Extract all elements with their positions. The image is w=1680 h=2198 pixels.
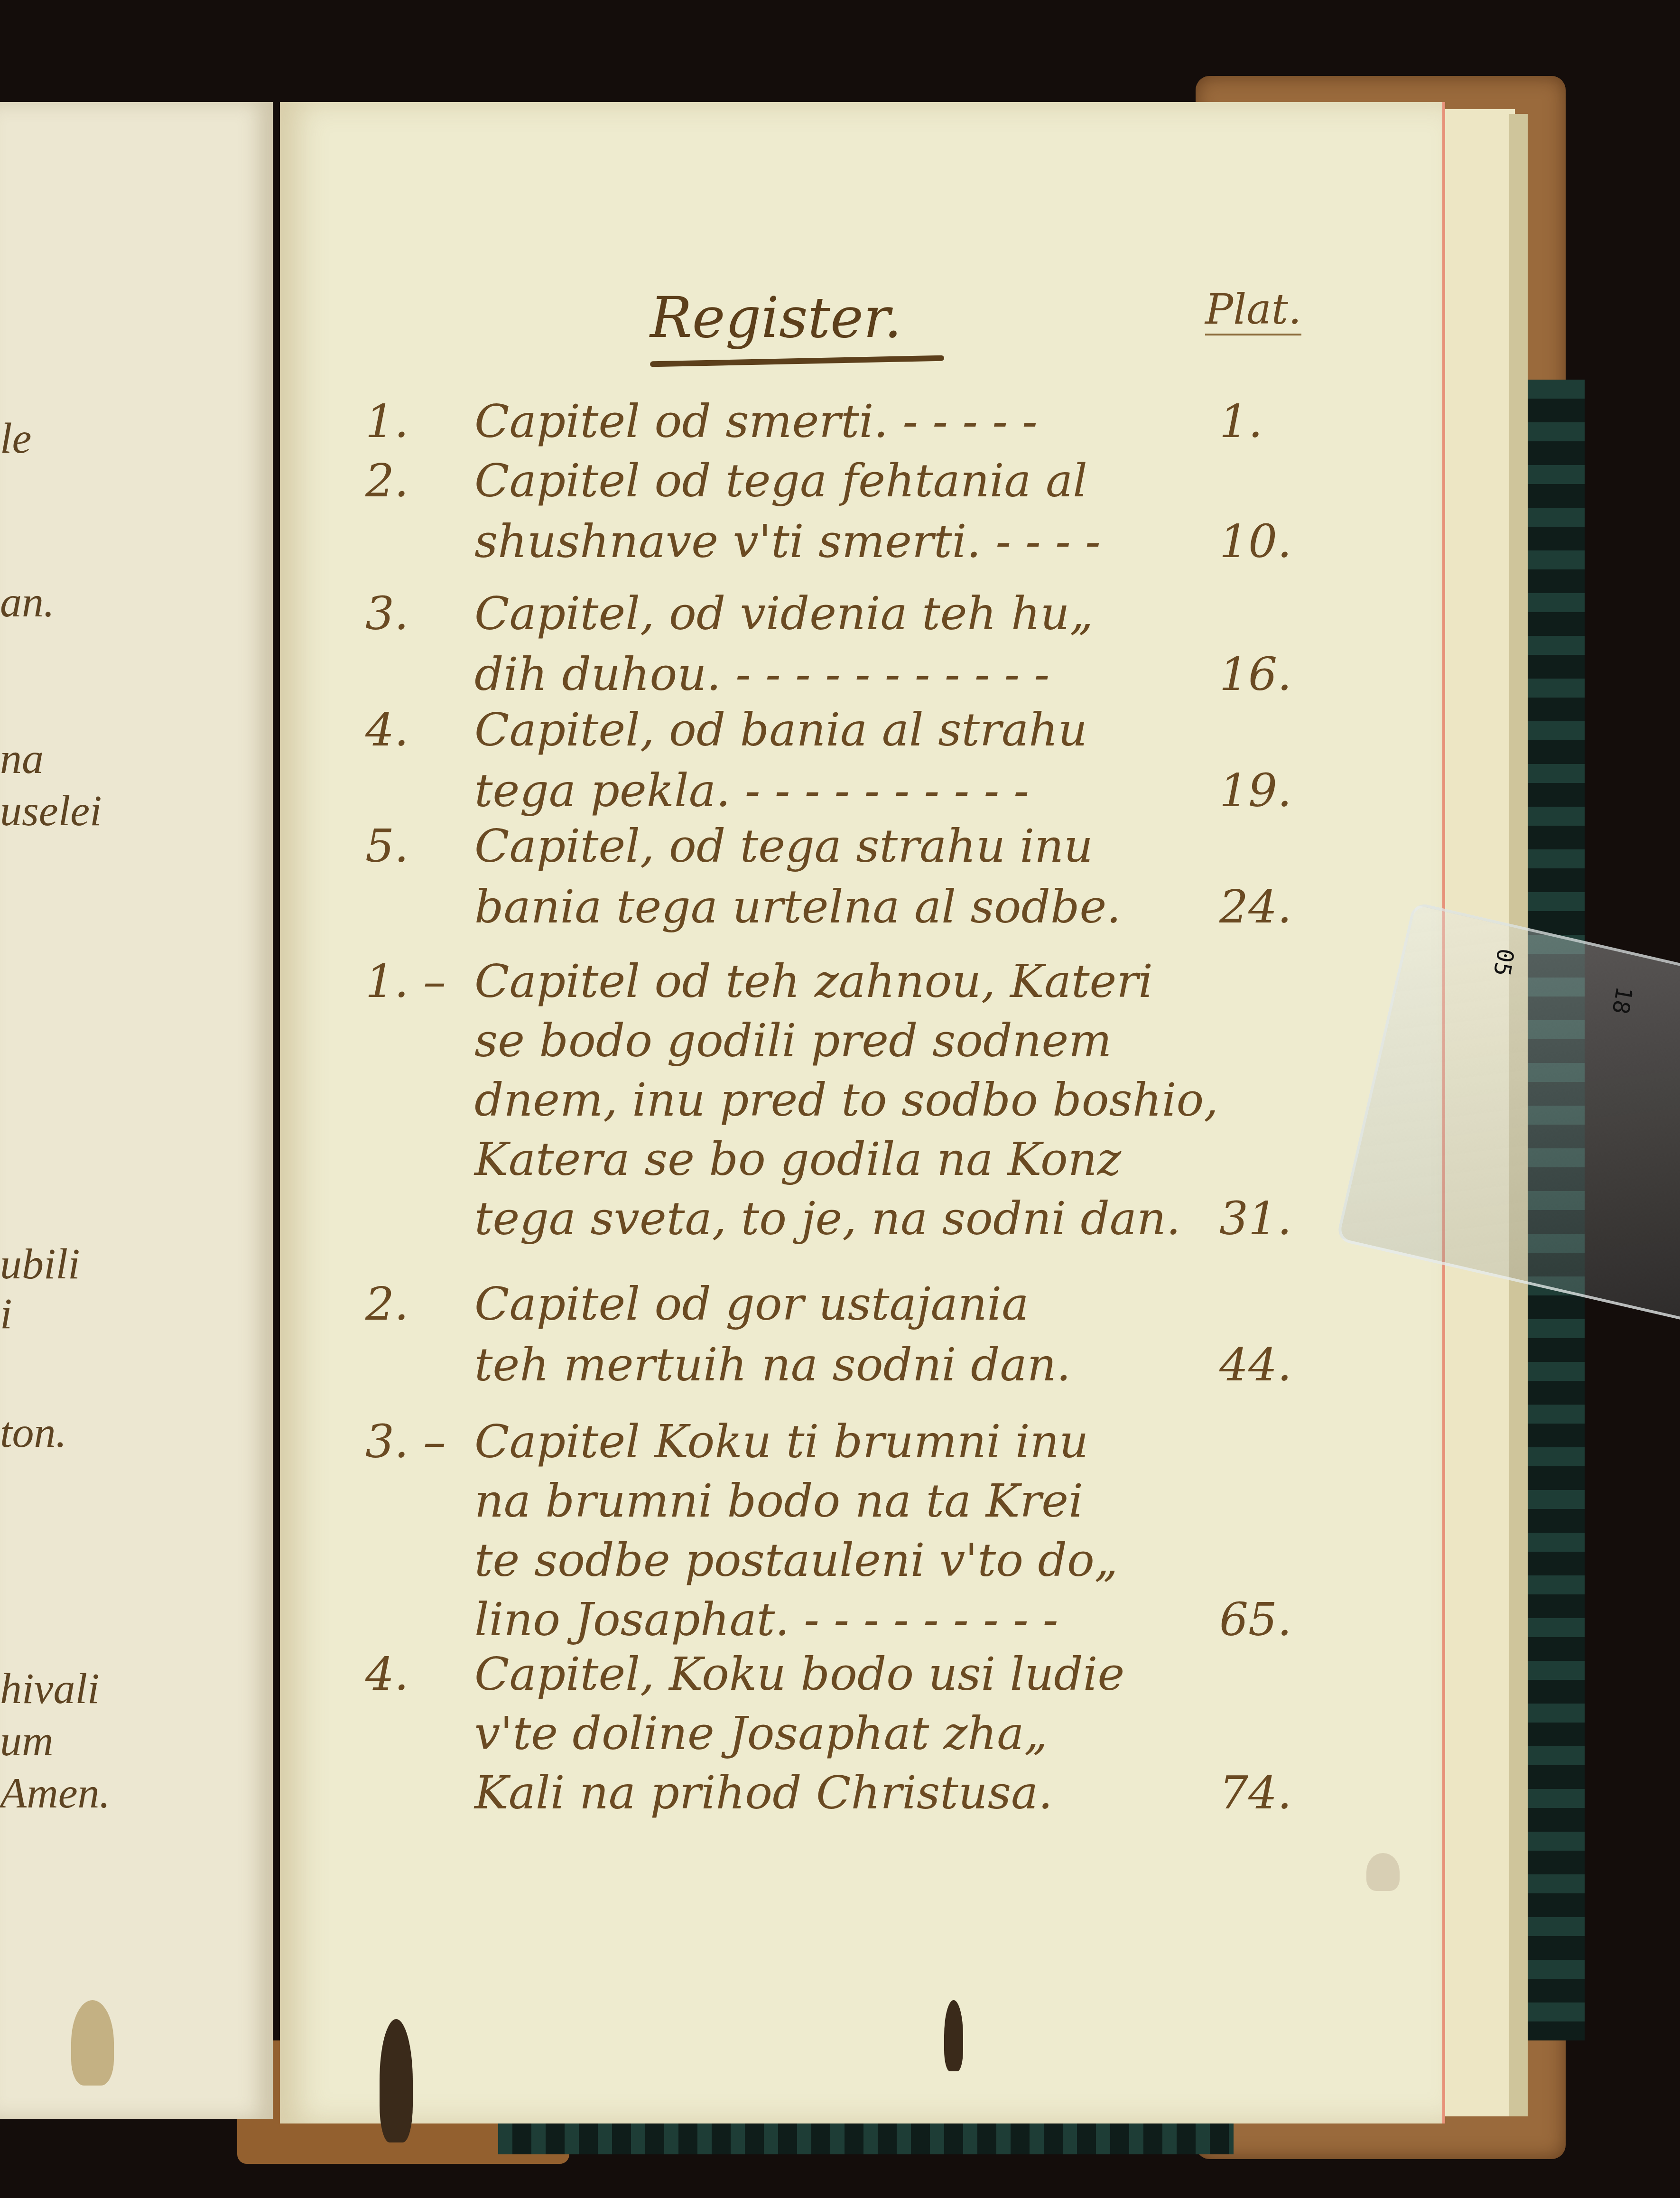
entry-line: Capitel, od bania al strahu	[474, 707, 1087, 753]
entry-number: 5.	[365, 823, 460, 869]
entry-line: na brumni bodo na ta Krei	[474, 1478, 1083, 1524]
entry-line: Capitel od smerti. - - - - -	[474, 399, 1038, 444]
entry-line: tega pekla. - - - - - - - - - -	[474, 768, 1029, 813]
entry-line: Capitel od tega fehtania al	[474, 458, 1087, 503]
entry-number: 1. –	[365, 959, 460, 1004]
paper-damage	[1366, 1853, 1400, 1891]
entry-page: 31.	[1219, 1196, 1343, 1241]
entry-line: te sodbe postauleni v'to do„	[474, 1537, 1118, 1583]
entry-page: 44.	[1219, 1342, 1343, 1388]
entry-page: 65.	[1219, 1597, 1343, 1642]
entry-line: teh mertuih na sodni dan.	[474, 1342, 1071, 1388]
entry-number: 2.	[365, 458, 460, 503]
entry-line: se bodo godili pred sodnem	[474, 1018, 1112, 1063]
entry-line: Capitel, od tega strahu inu	[474, 823, 1093, 869]
entry-page: 10.	[1219, 519, 1343, 564]
page-column-heading: Plat.	[1205, 285, 1301, 335]
entry-line: Capitel, od videnia teh hu„	[474, 591, 1093, 636]
entry-number: 4.	[365, 1651, 460, 1697]
ruler-label: 05	[1488, 947, 1519, 978]
entry-page: 24.	[1219, 884, 1343, 930]
fragment: i	[0, 1288, 12, 1339]
fragment: uselei	[0, 785, 102, 836]
entry-line: Capitel Koku ti brumni inu	[474, 1419, 1088, 1464]
entry-line: v'te doline Josaphat zha„	[474, 1711, 1048, 1756]
entry-line: dnem, inu pred to sodbo boshio,	[474, 1077, 1218, 1123]
entry-number: 3. –	[365, 1419, 460, 1464]
ruler-label: 18	[1606, 985, 1637, 1016]
entry-line: Kali na prihod Christusa.	[474, 1770, 1053, 1816]
entry-page: 19.	[1219, 768, 1343, 813]
entry-number: 1.	[365, 399, 460, 444]
entry-line: bania tega urtelna al sodbe.	[474, 884, 1121, 930]
entry-number: 4.	[365, 707, 460, 753]
entry-page: 74.	[1219, 1770, 1343, 1816]
entry-line: shushnave v'ti smerti. - - - -	[474, 519, 1101, 564]
fragment: hivali	[0, 1663, 100, 1714]
fragment: le	[0, 413, 31, 463]
fragment: Amen.	[0, 1768, 110, 1818]
entry-line: Capitel od gor ustajania	[474, 1281, 1029, 1327]
entry-page: 16.	[1219, 652, 1343, 697]
entry-line: Katera se bo godila na Konz	[474, 1136, 1121, 1182]
entry-number: 2.	[365, 1281, 460, 1327]
entry-number: 3.	[365, 591, 460, 636]
entry-line: Capitel, Koku bodo usi ludie	[474, 1651, 1124, 1697]
paper-damage	[380, 2019, 413, 2142]
fragment: na	[0, 733, 44, 783]
page-title: Register.	[650, 285, 902, 350]
entry-line: tega sveta, to je, na sodni dan.	[474, 1196, 1180, 1241]
entry-line: lino Josaphat. - - - - - - - - -	[474, 1597, 1058, 1642]
paper-damage	[944, 2000, 963, 2071]
fragment: ubili	[0, 1239, 80, 1289]
fragment: ton.	[0, 1407, 67, 1457]
entry-line: Capitel od teh zahnou, Kateri	[474, 959, 1153, 1004]
fragment: an.	[0, 577, 55, 627]
entry-page: 1.	[1219, 399, 1343, 444]
entry-line: dih duhou. - - - - - - - - - - -	[474, 652, 1049, 697]
paper-damage	[71, 2000, 114, 2086]
left-page: le an. na uselei ubili i ton. hivali um …	[0, 102, 273, 2119]
fragment: um	[0, 1715, 53, 1766]
